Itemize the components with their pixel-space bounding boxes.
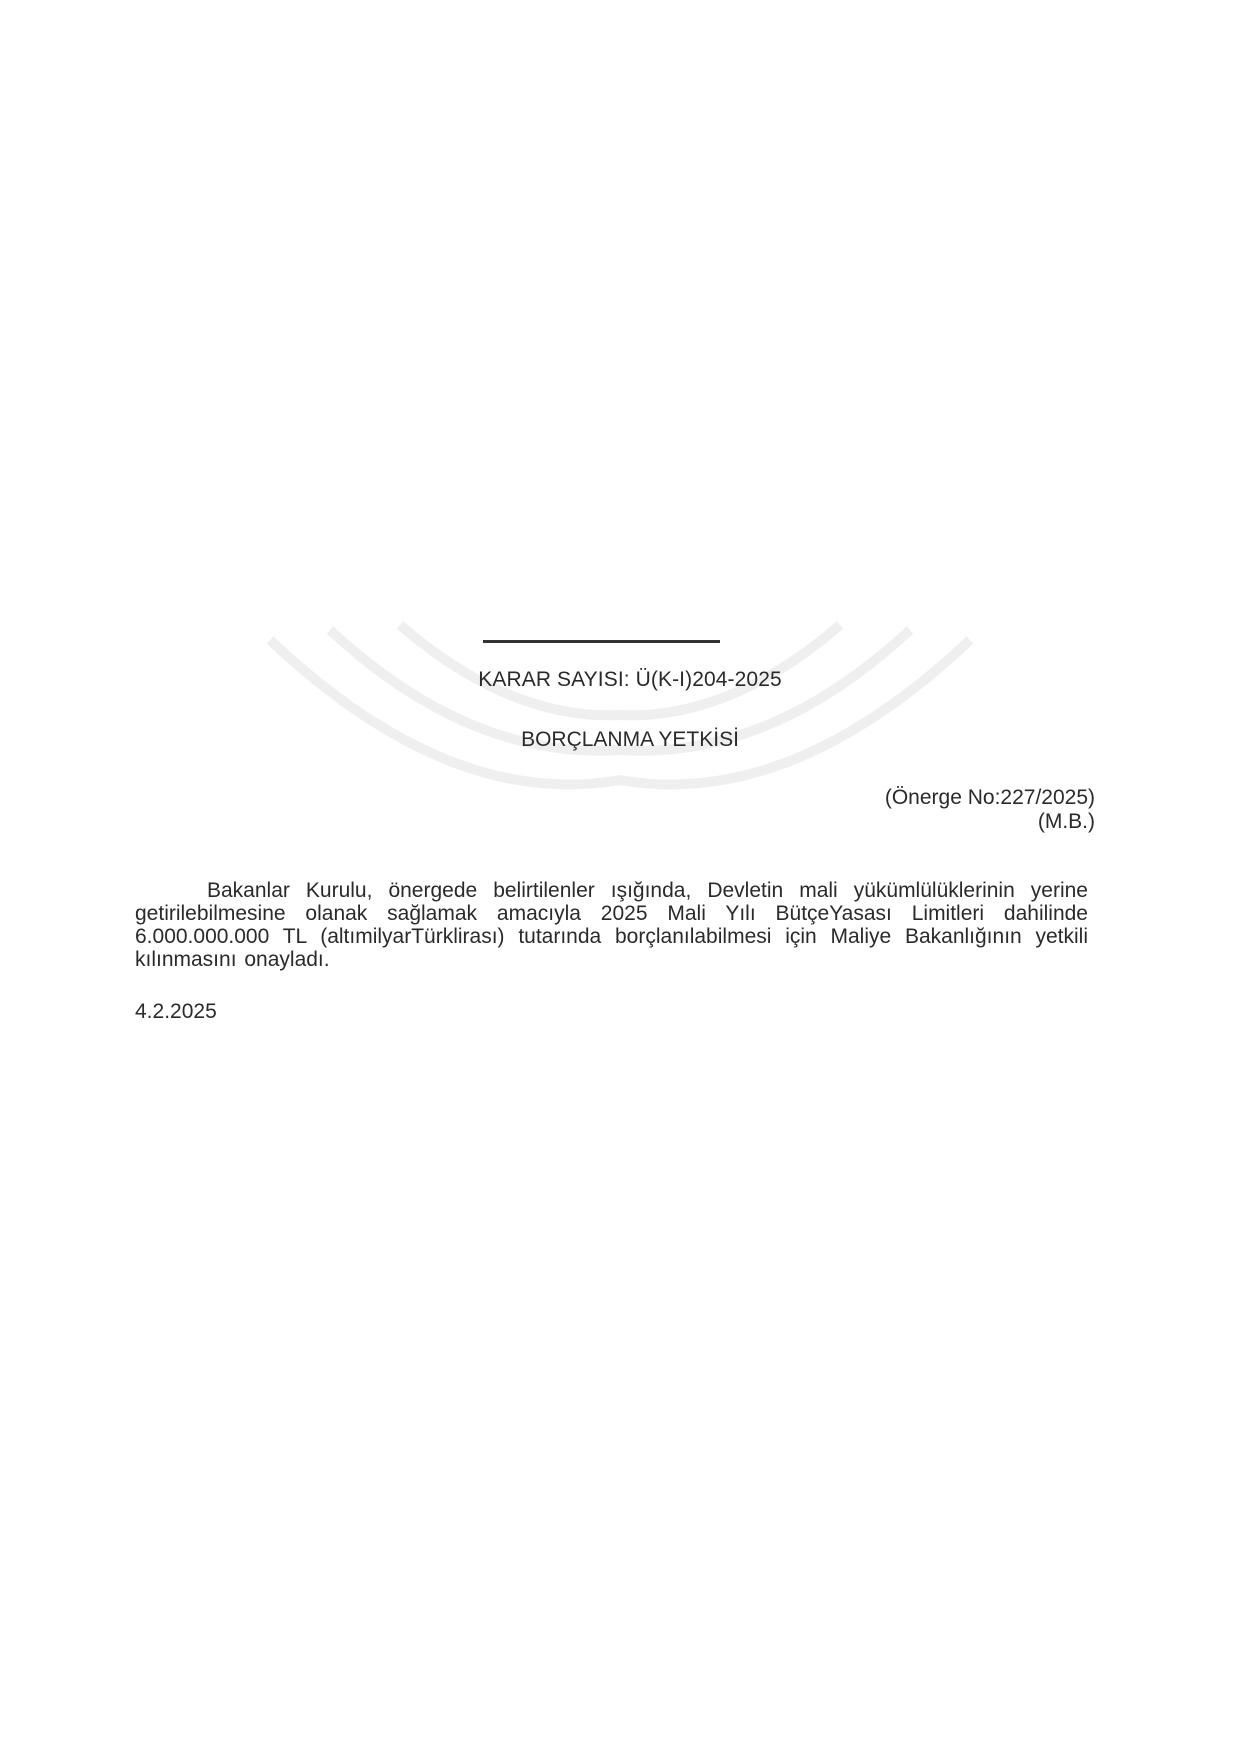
document-title: BORÇLANMA YETKİSİ xyxy=(0,728,1240,752)
ministry-reference: (M.B.) xyxy=(885,810,1095,834)
emblem-watermark-icon xyxy=(250,610,990,790)
decision-number: KARAR SAYISI: Ü(K-I)204-2025 xyxy=(0,668,1240,692)
reference-block: (Önerge No:227/2025) (M.B.) xyxy=(885,786,1095,834)
decision-body: Bakanlar Kurulu, önergede belirtilenler … xyxy=(135,879,1088,971)
proposal-reference: (Önerge No:227/2025) xyxy=(885,786,1095,810)
header-rule xyxy=(483,640,720,643)
decision-date: 4.2.2025 xyxy=(135,1000,217,1024)
